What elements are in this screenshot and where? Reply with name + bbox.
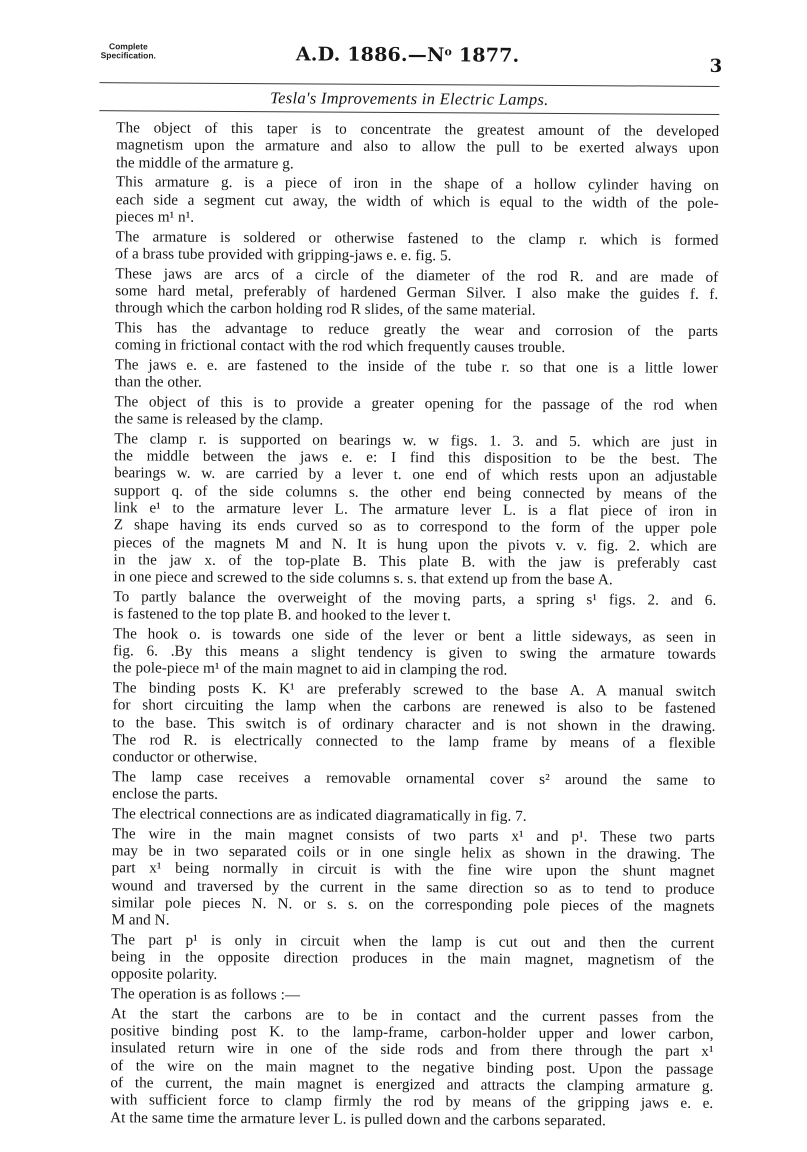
spec-label: Complete Specification. [101, 42, 156, 60]
text-line: opposite polarity. [94, 966, 714, 987]
paragraph: To partly balance the overweight of the … [96, 588, 716, 626]
paragraph: The binding posts K. K¹ are preferably s… [95, 679, 716, 769]
paragraph: The electrical connections are as indica… [95, 805, 715, 826]
paragraph: The part p¹ is only in circuit when the … [94, 931, 714, 987]
paragraph: The object of this taper is to concentra… [99, 119, 719, 175]
text-line: the same is released by the clamp. [97, 410, 717, 431]
text-line: in one piece and screwed to the side col… [96, 568, 716, 589]
title-main: A.D. 1886.—N [296, 43, 445, 66]
text-line: The electrical connections are as indica… [95, 805, 715, 826]
text-line: the pole-piece m¹ of the main magnet to … [96, 660, 716, 681]
text-line: conductor or otherwise. [95, 748, 715, 769]
paragraph: At the start the carbons are to be in co… [93, 1005, 714, 1130]
running-subtitle: Tesla's Improvements in Electric Lamps. [99, 87, 719, 111]
text-line: The operation is as follows :— [94, 985, 714, 1006]
spec-label-line2: Specification. [101, 51, 156, 60]
header-rule-top [99, 82, 719, 87]
paragraph: The object of this is to provide a great… [97, 393, 717, 431]
header-rule-bottom [99, 110, 719, 115]
paragraph: This has the advantage to reduce greatly… [98, 319, 718, 357]
text-line: coming in frictional contact with the ro… [98, 336, 718, 357]
body-text: The object of this taper is to concentra… [93, 119, 719, 1132]
text-line: is fastened to the top plate B. and hook… [96, 605, 716, 626]
paragraph: The armature is soldered or otherwise fa… [98, 228, 718, 266]
paragraph: The lamp case receives a removable ornam… [95, 768, 715, 806]
paragraph: The clamp r. is supported on bearings w.… [96, 430, 717, 589]
page-number: 3 [710, 56, 723, 77]
paragraph: The hook o. is towards one side of the l… [96, 625, 716, 681]
paragraph: The wire in the main magnet consists of … [94, 825, 715, 933]
title-number: 1877. [452, 44, 519, 66]
paragraph: These jaws are arcs of a circle of the d… [98, 265, 718, 321]
paragraph: The operation is as follows :— [94, 985, 714, 1006]
paragraph: This armature g. is a piece of iron in t… [99, 173, 719, 229]
paragraph: The jaws e. e. are fastened to the insid… [98, 356, 718, 394]
text-line: than the other. [98, 373, 718, 394]
text-line: enclose the parts. [95, 785, 715, 806]
text-line: M and N. [94, 911, 714, 932]
document-title: A.D. 1886.—No 1877. [258, 43, 558, 67]
patent-page: Complete Specification. A.D. 1886.—No 18… [0, 0, 807, 1152]
text-line: through which the carbon holding rod R s… [98, 299, 718, 320]
